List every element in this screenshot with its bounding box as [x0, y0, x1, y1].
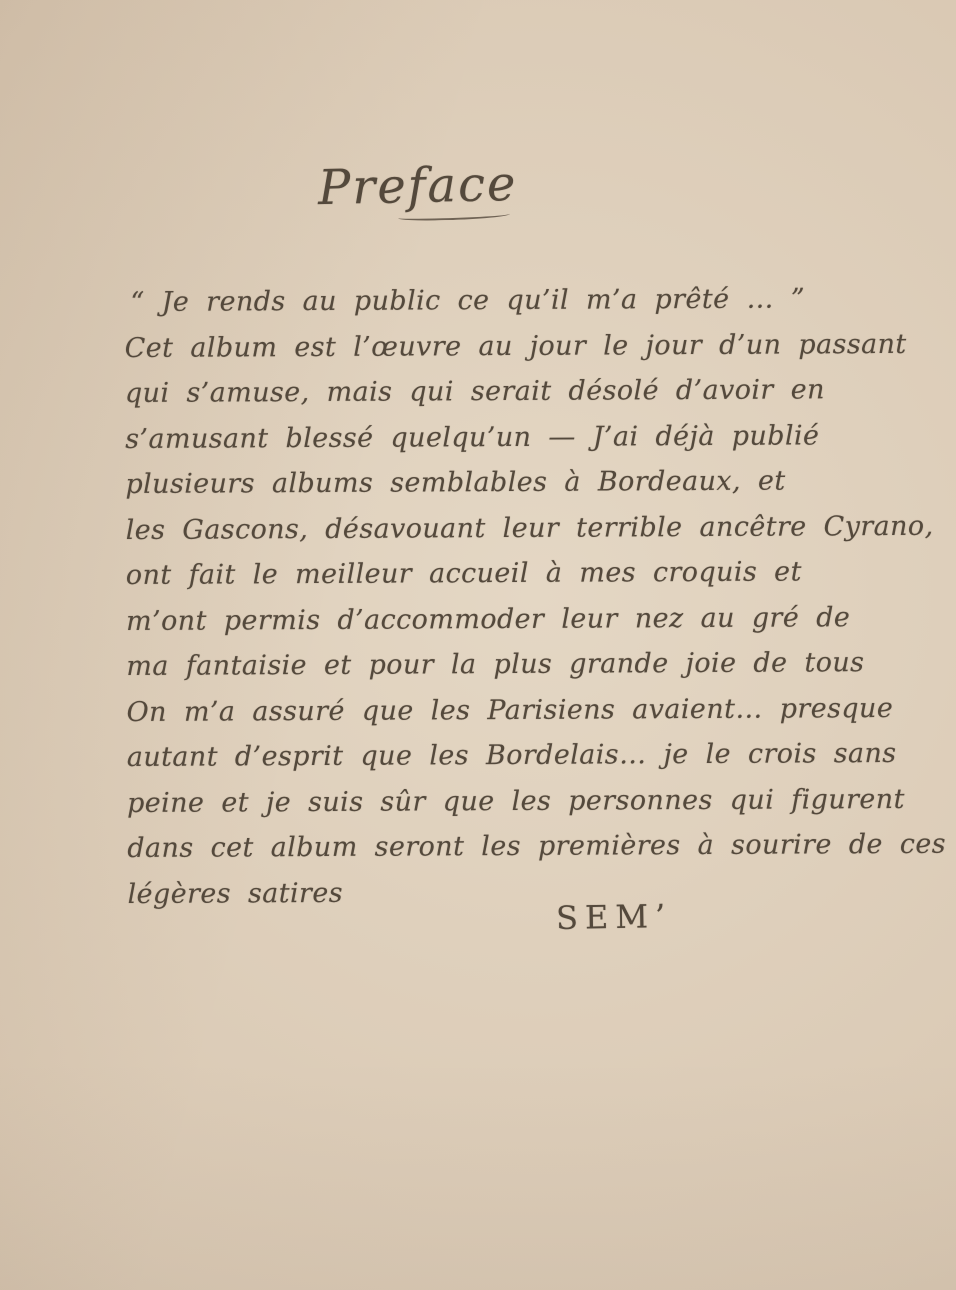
preface-body: “ Je rends au public ce qu’il m’a prêté … [124, 276, 887, 917]
handwritten-line: dans cet album seront les premières à so… [127, 822, 887, 871]
handwritten-line: m’ont permis d’accommoder leur nez au gr… [126, 595, 886, 644]
manuscript-page: Preface “ Je rends au public ce qu’il m’… [0, 0, 956, 1290]
handwritten-line: les Gascons, désavouant leur terrible an… [126, 504, 886, 553]
handwritten-line: légères satires [127, 868, 887, 917]
handwritten-line: peine et je suis sûr que les personnes q… [127, 777, 887, 826]
handwritten-line: s’amusant blessé quelqu’un — J’ai déjà p… [125, 413, 885, 462]
handwritten-line: Cet album est l’œuvre au jour le jour d’… [125, 322, 885, 371]
page-title: Preface [317, 156, 517, 216]
handwritten-line: “ Je rends au public ce qu’il m’a prêté … [124, 276, 884, 325]
handwritten-line: plusieurs albums semblables à Bordeaux, … [125, 458, 885, 507]
handwritten-line: qui s’amuse, mais qui serait désolé d’av… [125, 367, 885, 416]
signature: SEM’ [556, 897, 673, 937]
handwritten-line: ma fantaisie et pour la plus grande joie… [126, 640, 886, 689]
handwritten-line: autant d’esprit que les Bordelais… je le… [127, 731, 887, 780]
title-flourish [398, 211, 510, 222]
handwritten-line: On m’a assuré que les Parisiens avaient…… [126, 686, 886, 735]
handwritten-line: ont fait le meilleur accueil à mes croqu… [126, 549, 886, 598]
